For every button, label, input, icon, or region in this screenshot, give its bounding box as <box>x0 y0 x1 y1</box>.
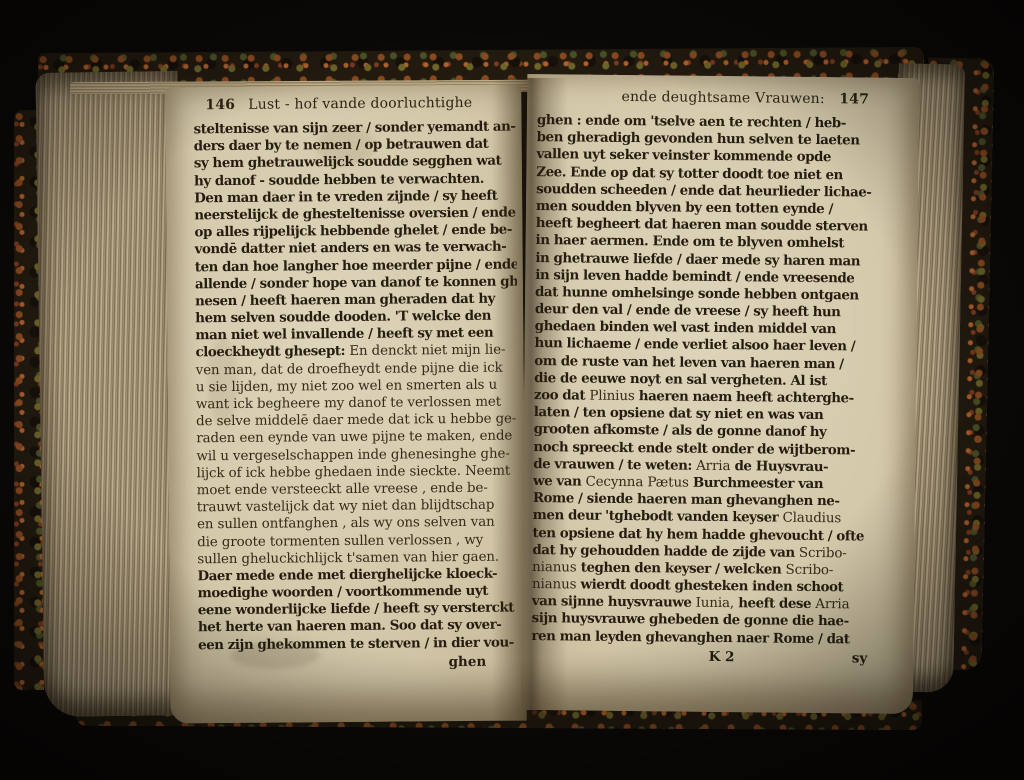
blackletter-text-segment: dat hy gehoudden hadde de zijde van <box>532 542 799 561</box>
blackletter-text-segment: Burchmeester van <box>693 475 823 492</box>
blackletter-text-segment: hem selven soudde dooden. 'T welcke den <box>195 308 491 327</box>
blackletter-text-segment: allende / sonder hope van danof te konne… <box>195 273 517 292</box>
blackletter-text-segment: in haer aermen. Ende om te blyven omhels… <box>536 232 845 251</box>
blackletter-text-segment: teghen den keyser / welcken <box>581 559 786 577</box>
blackletter-text-segment: op alles rijpelijck hebbende ghelet / en… <box>194 222 512 241</box>
catchword-right: sy <box>852 650 868 666</box>
blackletter-text-segment: Rome / siende haeren man ghevanghen ne- <box>533 490 840 509</box>
blackletter-text-segment: vallen uyt seker veinster kommende opde <box>536 146 831 165</box>
roman-text-segment: Scribo- <box>799 546 847 562</box>
blackletter-text-segment: Daer mede ende met dierghelijcke kloeck- <box>197 566 497 585</box>
blackletter-text-segment: sy hem ghetrauwelijck soudde segghen wat <box>194 153 502 172</box>
blackletter-text-segment: grooten afkomste / als de gonne danof hy <box>534 421 827 440</box>
catchword-left: ghen <box>449 654 487 670</box>
roman-text-segment: en sullen ontfanghen , als wy ons selven… <box>197 515 495 533</box>
blackletter-text-segment: haeren naem heeft achterghe- <box>639 388 854 406</box>
blackletter-text-segment: de Huysvrau- <box>734 458 828 475</box>
blackletter-text-segment: heeft dese <box>738 595 815 612</box>
roman-text-segment: Arria <box>696 459 735 474</box>
blackletter-text-segment: ten opsiene dat hy hem hadde ghevoucht /… <box>532 525 864 544</box>
blackletter-text-segment: men deur 'tghebodt vanden keyser <box>533 507 783 526</box>
blackletter-text-segment: sijn huysvrauwe ghebeden de gonne die ha… <box>532 610 849 629</box>
blackletter-text-segment: nesen / heeft haeren man gheraden dat hy <box>195 291 495 310</box>
blackletter-text-segment: vondē datter niet anders en was te verwa… <box>195 239 507 258</box>
blackletter-text-segment: deur den val / ende de vreese / sy heeft… <box>535 301 841 320</box>
roman-text-segment: u sie lijden, my niet zoo wel en smerten… <box>196 377 497 395</box>
roman-text-segment: Plinius <box>589 389 639 405</box>
roman-text-segment: Iunia, <box>696 596 739 611</box>
blackletter-text-segment: ghedaen binden wel vast inden middel van <box>535 318 836 337</box>
roman-text-segment: Claudius <box>782 511 841 527</box>
blackletter-text-segment: laten / ten opsiene dat sy niet en was v… <box>534 404 824 423</box>
blackletter-text-segment: soudden scheeden / ende dat heurlieder l… <box>536 181 871 201</box>
blackletter-text-segment: hun lichaeme / ende verliet alsoo haer l… <box>534 335 855 354</box>
blackletter-text-segment: ten dan hoe langher hoe meerder pijne / … <box>195 256 517 275</box>
roman-text-segment: de selve middelē daer mede dat ick u heb… <box>196 412 516 430</box>
page-left-footer: ghen <box>198 653 520 672</box>
blackletter-text-segment: in sijn leven hadde bemindt / ende vrees… <box>535 267 854 286</box>
roman-text-segment: trauwt vastelijck dat wy niet dan blijdt… <box>197 498 495 516</box>
page-right-header: ende deughtsame Vrauwen: 147 <box>537 88 875 112</box>
text-line: ren man leyden ghevanghen naer Rome / da… <box>531 628 869 649</box>
blackletter-text-segment: man niet wel invallende / heeft sy met e… <box>195 325 493 344</box>
photograph-of-open-book: 146 Lust - hof vande doorluchtighe stelt… <box>0 0 1024 780</box>
blackletter-text-segment: steltenisse van sijn zeer / sonder yeman… <box>194 119 516 138</box>
blackletter-text-segment: een zijn ghekommen te sterven / in dier … <box>198 634 514 653</box>
roman-text-segment: nianus <box>532 560 581 576</box>
roman-text-segment: Cecynna Pætus <box>585 475 693 491</box>
blackletter-text-segment: noch spreeckt ende stelt onder de wijtbe… <box>533 439 855 458</box>
blackletter-text-segment: dat hunne omhelsinge sonde hebben ontgae… <box>535 284 859 303</box>
blackletter-text-segment: die de eeuwe noyt en sal vergheten. Al i… <box>534 370 827 389</box>
page-right-content: ende deughtsame Vrauwen: 147 ghen : ende… <box>521 74 920 714</box>
roman-text-segment: sullen gheluckichlijck t'samen van hier … <box>197 549 499 567</box>
blackletter-text-segment: ghen : ende om 'tselve aen te rechten / … <box>537 112 846 131</box>
page-left-146: 146 Lust - hof vande doorluchtighe stelt… <box>165 84 527 723</box>
roman-text-segment: want ick begheere my danof te verlossen … <box>196 395 501 413</box>
blackletter-text-segment: van sijnne huysvrauwe <box>532 593 696 611</box>
page-right-footer: K 2 sy <box>531 647 869 667</box>
roman-text-segment: En denckt niet mijn lie- <box>349 343 505 359</box>
page-right-text-block: ghen : ende om 'tselve aen te rechten / … <box>531 112 875 648</box>
roman-text-segment: die groote tormenten sullen verlossen , … <box>197 532 483 549</box>
blackletter-text-segment: eene wonderlijcke liefde / heeft sy vers… <box>198 600 514 619</box>
blackletter-text-segment: cloeckheydt ghesept: <box>195 343 349 360</box>
roman-text-segment: ven man, dat de droefheydt ende pijne di… <box>196 360 503 378</box>
page-left-text-block: steltenisse van sijn zeer / sonder yeman… <box>194 119 521 655</box>
text-line: raden een eynde van uwe pijne te maken, … <box>196 428 518 448</box>
roman-text-segment: Scribo- <box>785 563 833 579</box>
roman-text-segment: wil u vergeselschappen inde ghenesinghe … <box>196 446 509 464</box>
page-stack-left-fore-edge <box>36 71 187 717</box>
blackletter-text-segment: ders daer by te nemen / op betrauwen dat <box>194 136 489 155</box>
blackletter-text-segment: Zee. Ende op dat sy totter doodt toe nie… <box>536 164 843 183</box>
page-left-content: 146 Lust - hof vande doorluchtighe stelt… <box>165 84 527 723</box>
running-title-left: Lust - hof vande doorluchtighe <box>235 95 515 113</box>
quire-signature: K 2 <box>531 647 852 666</box>
blackletter-text-segment: ren man leyden ghevanghen naer Rome / da… <box>531 628 849 647</box>
page-number-left: 146 <box>205 97 235 113</box>
blackletter-text-segment: de vrauwen / te weten: <box>533 456 696 474</box>
blackletter-text-segment: we van <box>533 473 586 490</box>
page-left-header: 146 Lust - hof vande doorluchtighe <box>193 95 515 118</box>
roman-text-segment: Arria <box>815 597 849 612</box>
blackletter-text-segment: Den man daer in te vreden zijnde / sy he… <box>194 187 497 206</box>
blackletter-text-segment: wierdt doodt ghesteken inden schoot <box>580 577 843 596</box>
text-line: een zijn ghekommen te sterven / in dier … <box>198 634 520 654</box>
blackletter-text-segment: men soudden blyven by een totten eynde / <box>536 198 833 217</box>
blackletter-text-segment: neerstelijck de ghesteltenisse oversien … <box>194 204 515 223</box>
running-title-right: ende deughtsame Vrauwen: <box>537 88 839 107</box>
blackletter-text-segment: om de ruste van het leven van haeren man… <box>534 353 843 372</box>
page-right-147: ende deughtsame Vrauwen: 147 ghen : ende… <box>521 74 920 714</box>
blackletter-text-segment: het herte van haeren man. Soo dat sy ove… <box>198 617 502 636</box>
roman-text-segment: moet ende versteeckt alle vreese , ende … <box>197 481 488 499</box>
roman-text-segment: nianus <box>532 577 581 593</box>
roman-text-segment: raden een eynde van uwe pijne te maken, … <box>196 429 512 447</box>
blackletter-text-segment: moedighe woorden / voortkommende uyt <box>198 583 488 602</box>
blackletter-text-segment: ben gheradigh gevonden hun selven te lae… <box>537 129 860 148</box>
blackletter-text-segment: zoo dat <box>534 387 590 404</box>
blackletter-text-segment: hy danof - soudde hebben te verwachten. <box>194 170 484 189</box>
roman-text-segment: lijck of ick hebbe ghedaen inde sieckte.… <box>197 463 511 481</box>
blackletter-text-segment: heeft begheert dat haeren man soudde ste… <box>536 215 868 234</box>
page-number-right: 147 <box>839 91 869 107</box>
blackletter-text-segment: in ghetrauwe liefde / daer mede sy haren… <box>535 250 860 269</box>
text-line: en sullen ontfanghen , als wy ons selven… <box>197 514 519 534</box>
